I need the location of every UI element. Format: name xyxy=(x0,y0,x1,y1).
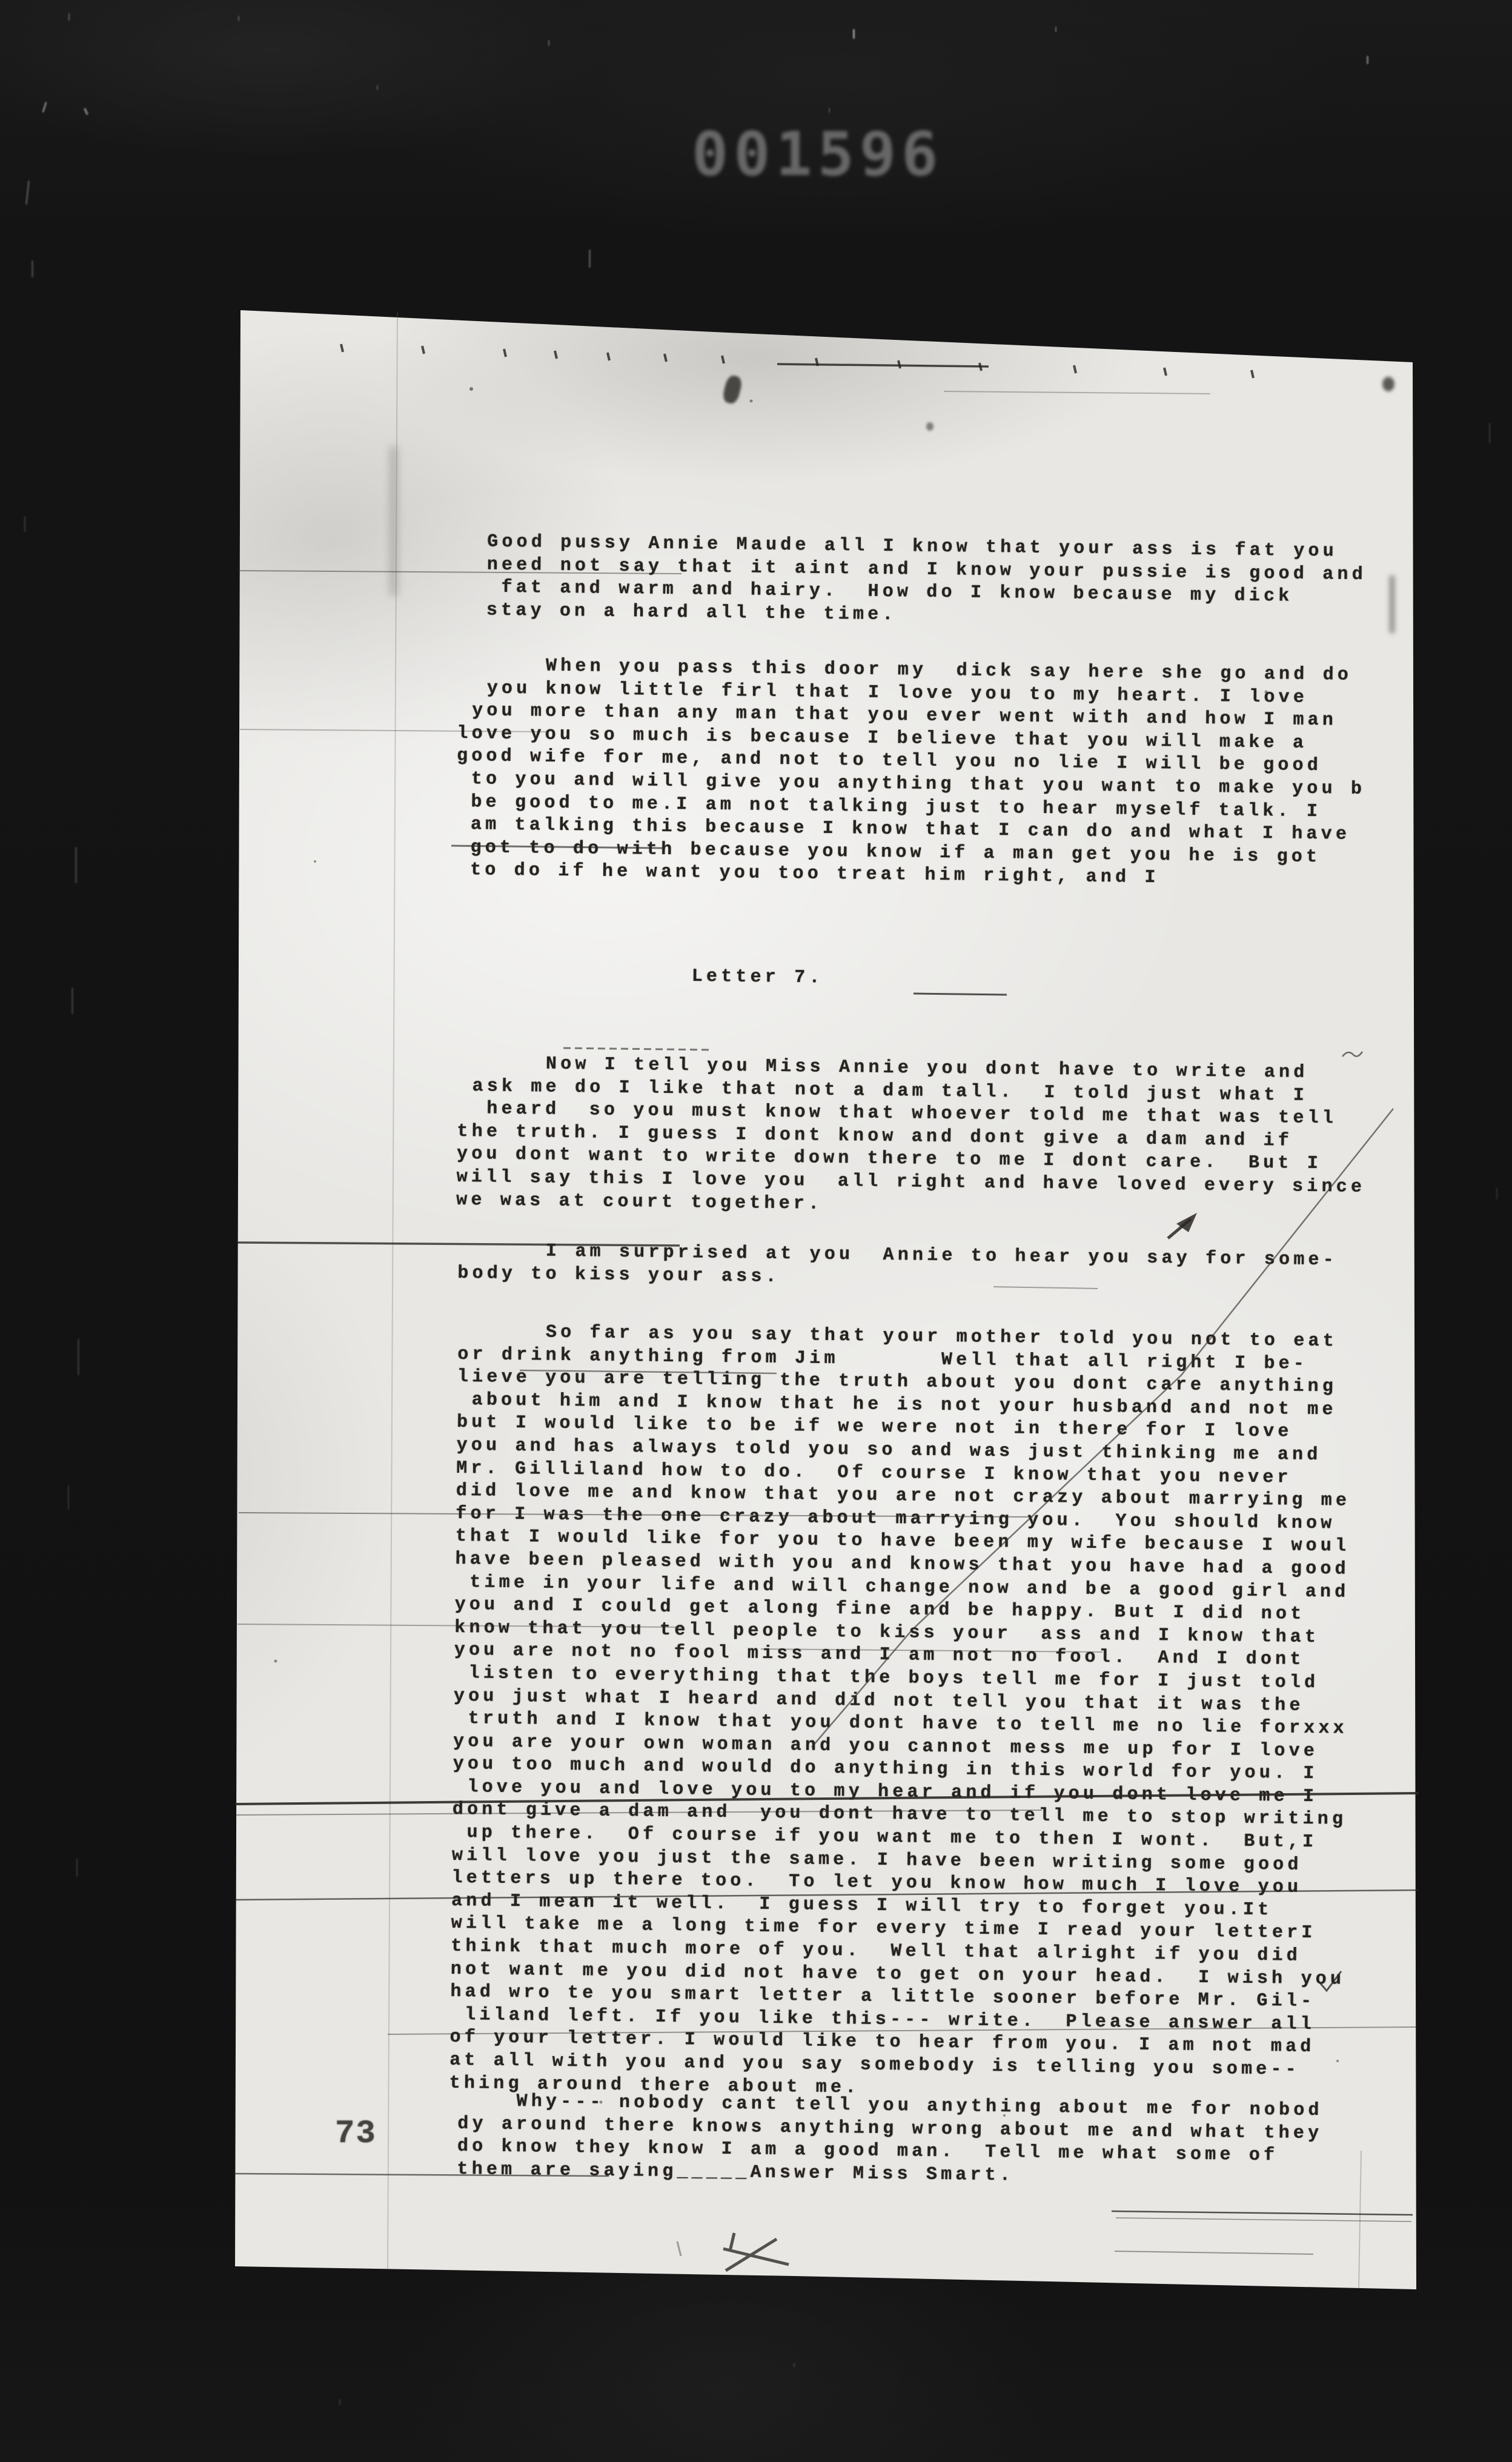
letter-paragraph-3: Now I tell you Miss Annie you dont have … xyxy=(456,1052,1367,1222)
microfilm-frame: 001596 Good pussy Annie Maude all I know… xyxy=(0,0,1512,2462)
page-number: 73 xyxy=(335,2123,377,2146)
letter-paragraph-5: So far as you say that your mother told … xyxy=(449,1321,1352,2105)
letter-paragraph-4: I am surprised at you Annie to hear you … xyxy=(457,1239,1338,1295)
letter-text-layer: Good pussy Annie Maude all I know that y… xyxy=(0,0,1512,2462)
letter-paragraph-6: Why--- nobody cant tell you anything abo… xyxy=(457,2090,1323,2191)
letter-paragraph-1: Good pussy Annie Maude all I know that y… xyxy=(457,531,1367,632)
letter-heading: Letter 7. xyxy=(692,966,824,990)
letter-paragraph-2: When you pass this door my dick say here… xyxy=(456,654,1367,892)
